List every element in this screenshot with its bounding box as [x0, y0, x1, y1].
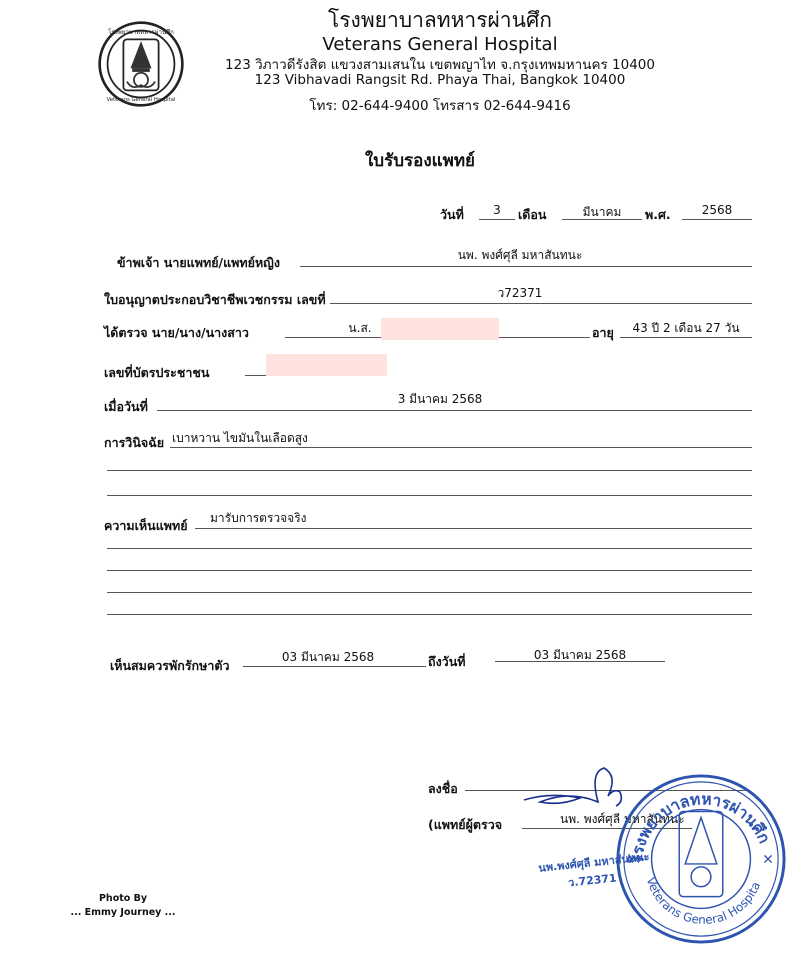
year-value: 2568 [682, 203, 752, 217]
exam-date-label: เมื่อวันที่ [104, 397, 148, 417]
doctor-stamp-license: ว.72371 [567, 869, 617, 892]
doctor-value: นพ. พงศ์ศุลี มหาสันทนะ [420, 246, 620, 265]
exam-date-line [157, 410, 752, 411]
license-value: ว72371 [480, 284, 560, 303]
opinion-line-1 [195, 528, 752, 529]
day-line [479, 219, 515, 220]
photo-credit-line1: Photo By [68, 892, 178, 906]
diagnosis-label: การวินิจฉัย [104, 433, 164, 453]
age-value: 43 ปี 2 เดือน 27 วัน [620, 319, 752, 338]
sign-label: ลงชื่อ [428, 779, 458, 799]
month-value: มีนาคม [562, 203, 642, 222]
photo-credit: Photo By ... Emmy Journey ... [68, 892, 178, 920]
hospital-phone: โทร: 02-644-9400 โทรสาร 02-644-9416 [200, 94, 680, 116]
patient-name-redacted [381, 318, 499, 340]
exam-date-value: 3 มีนาคม 2568 [375, 390, 505, 409]
hospital-address-en: 123 Vibhavadi Rangsit Rd. Phaya Thai, Ba… [200, 72, 680, 88]
opinion-line-3 [107, 570, 752, 571]
license-line [330, 303, 752, 304]
doctor-label: ข้าพเจ้า นายแพทย์/แพทย์หญิง [117, 253, 280, 273]
diagnosis-line-2 [107, 470, 752, 471]
opinion-label: ความเห็นแพทย์ [104, 516, 188, 536]
hospital-name-th: โรงพยาบาลทหารผ่านศึก [220, 4, 660, 37]
svg-text:✕: ✕ [630, 852, 642, 868]
hospital-round-stamp-icon: โรงพยาบาลทหารผ่านศึก Veterans General Ho… [612, 770, 790, 948]
examiner-label: (แพทย์ผู้ตรวจ [428, 815, 502, 835]
opinion-value: มารับการตรวจจริง [210, 509, 307, 528]
opinion-line-5 [107, 614, 752, 615]
svg-text:Veterans General Hospital: Veterans General Hospital [107, 97, 176, 103]
day-value: 3 [479, 203, 515, 217]
rest-label: เห็นสมควรพักรักษาตัว [110, 656, 230, 676]
diagnosis-line-3 [107, 495, 752, 496]
svg-text:โรงพยาบาลทหารผ่านศึก: โรงพยาบาลทหารผ่านศึก [108, 28, 174, 36]
rest-to-value: 03 มีนาคม 2568 [495, 646, 665, 665]
doctor-line [300, 266, 752, 267]
license-label: ใบอนุญาตประกอบวิชาชีพเวชกรรม เลขที่ [104, 290, 326, 310]
day-label: วันที่ [440, 205, 464, 225]
opinion-line-2 [107, 548, 752, 549]
diagnosis-value: เบาหวาน ไขมันในเลือดสูง [172, 429, 308, 448]
month-label: เดือน [518, 205, 546, 225]
document-title: ใบรับรองแพทย์ [300, 147, 540, 174]
hospital-name-en: Veterans General Hospital [220, 34, 660, 55]
rest-to-label: ถึงวันที่ [428, 652, 465, 672]
patient-label: ได้ตรวจ นาย/นาง/นางสาว [104, 323, 249, 343]
photo-credit-line2: ... Emmy Journey ... [68, 906, 178, 920]
svg-text:✕: ✕ [762, 852, 774, 868]
rest-from-value: 03 มีนาคม 2568 [243, 648, 413, 667]
year-line [682, 219, 752, 220]
patient-prefix: น.ส. [340, 319, 380, 338]
year-label: พ.ศ. [645, 205, 671, 225]
hospital-emblem-icon: โรงพยาบาลทหารผ่านศึก Veterans General Ho… [97, 20, 185, 108]
opinion-line-4 [107, 592, 752, 593]
id-value-redacted [266, 354, 387, 376]
id-label: เลขที่บัตรประชาชน [104, 363, 209, 383]
age-label: อายุ [592, 323, 614, 343]
